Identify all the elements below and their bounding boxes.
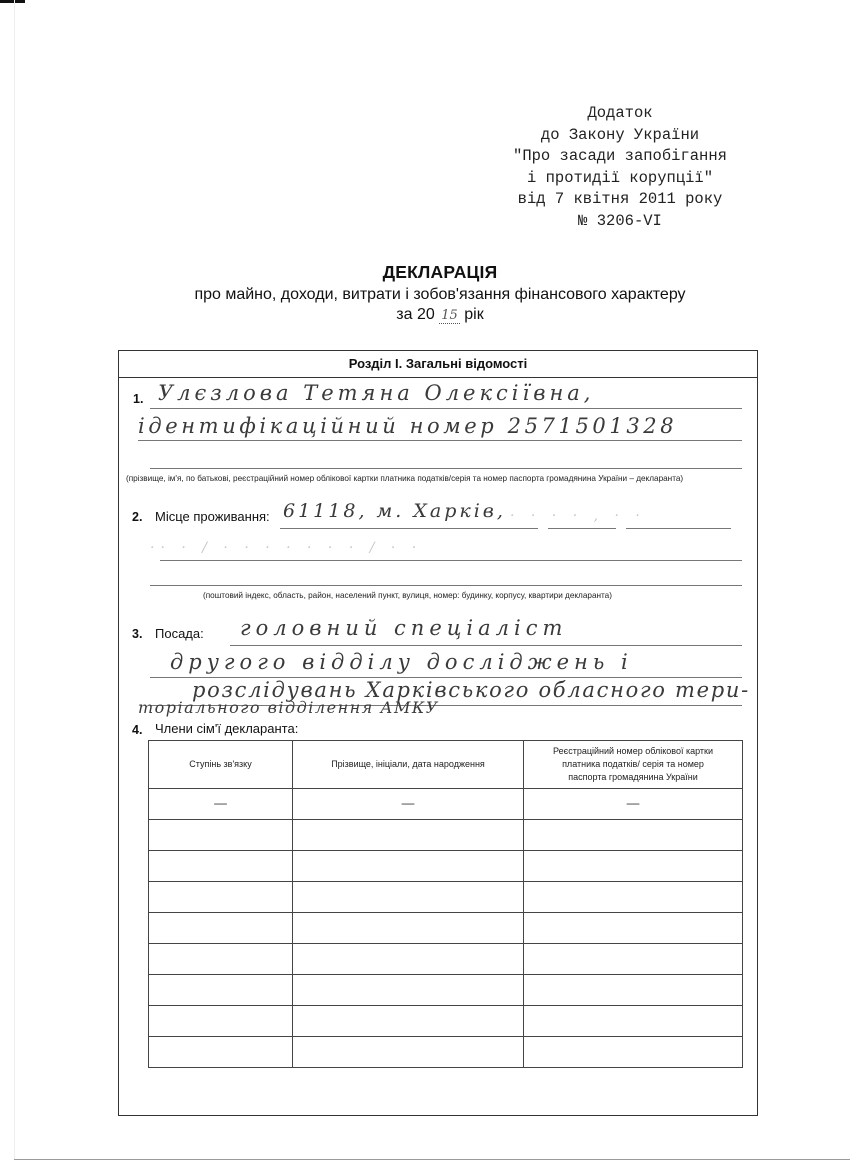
- cell-name[interactable]: [293, 944, 524, 975]
- item2-number: 2.: [132, 510, 142, 524]
- table-row: [149, 851, 743, 882]
- item2-line-3: [150, 585, 742, 586]
- cell-name[interactable]: [293, 1037, 524, 1068]
- cell-name[interactable]: [293, 820, 524, 851]
- table-row: [149, 944, 743, 975]
- item1-id-handwritten[interactable]: ідентифікаційний номер 2571501328: [138, 414, 677, 438]
- annex-line: Додаток: [440, 103, 800, 125]
- cell-registration[interactable]: [524, 944, 743, 975]
- year-prefix: за 20: [396, 306, 434, 323]
- item1-line-1: [150, 408, 742, 409]
- cell-registration[interactable]: —: [524, 789, 743, 820]
- family-members-table: Ступінь зв'язку Прізвище, ініціали, дата…: [148, 740, 743, 1068]
- year-handwritten[interactable]: 15: [439, 308, 460, 324]
- cell-relation[interactable]: [149, 975, 293, 1006]
- item2-line-1b: [548, 528, 616, 529]
- declaration-year: за 20 15 рік: [0, 306, 850, 324]
- document-title: ДЕКЛАРАЦІЯ: [0, 262, 850, 283]
- cell-registration[interactable]: [524, 851, 743, 882]
- page-edge-bottom: [14, 1159, 850, 1160]
- table-header-row: Ступінь зв'язку Прізвище, ініціали, дата…: [149, 741, 743, 789]
- item2-line-1: [280, 528, 538, 529]
- cell-relation[interactable]: [149, 1006, 293, 1037]
- annex-line: і протидії корупції": [440, 168, 800, 190]
- annex-reference: Додаток до Закону України "Про засади за…: [440, 103, 800, 232]
- table-row: [149, 975, 743, 1006]
- table-row: [149, 1037, 743, 1068]
- item2-line-1c: [626, 528, 731, 529]
- item2-label: Місце проживання:: [155, 509, 270, 524]
- cell-relation[interactable]: [149, 882, 293, 913]
- annex-line: № 3206-VI: [440, 211, 800, 233]
- cell-registration[interactable]: [524, 820, 743, 851]
- item2-caption: (поштовий індекс, область, район, населе…: [203, 591, 612, 600]
- item2-line-2: [160, 560, 742, 561]
- item1-caption: (прізвище, ім'я, по батькові, реєстрацій…: [126, 474, 683, 483]
- annex-line: до Закону України: [440, 125, 800, 147]
- item1-number: 1.: [133, 392, 143, 406]
- cell-registration[interactable]: [524, 882, 743, 913]
- annex-line: від 7 квітня 2011 року: [440, 189, 800, 211]
- cell-relation[interactable]: [149, 1037, 293, 1068]
- cell-name[interactable]: [293, 975, 524, 1006]
- cell-name[interactable]: [293, 913, 524, 944]
- cell-relation[interactable]: [149, 851, 293, 882]
- table-row: [149, 882, 743, 913]
- item2-address-handwritten[interactable]: 61118, м. Харків,: [283, 500, 506, 522]
- item4-number: 4.: [132, 723, 142, 737]
- cell-registration[interactable]: [524, 975, 743, 1006]
- item1-name-handwritten[interactable]: Улєзлова Тетяна Олексіївна,: [158, 381, 594, 405]
- scan-edge-mark: [0, 0, 25, 3]
- section-header: Розділ І. Загальні відомості: [118, 350, 758, 378]
- item2-address-redacted-2: ·· · / · · · · · · · / · ·: [150, 540, 422, 556]
- item1-line-2: [138, 440, 742, 441]
- item3-line-1: [230, 645, 742, 646]
- col-header-registration: Реєстраційний номер облікової картки пла…: [524, 741, 743, 789]
- item3-position-line1[interactable]: головний спеціаліст: [240, 616, 567, 640]
- table-row: [149, 820, 743, 851]
- annex-line: "Про засади запобігання: [440, 146, 800, 168]
- item3-position-line2[interactable]: другого відділу досліджень і: [170, 650, 633, 674]
- col-header-name: Прізвище, ініціали, дата народження: [293, 741, 524, 789]
- item4-label: Члени сім'ї декларанта:: [155, 721, 298, 736]
- page-edge-left: [14, 0, 15, 1159]
- document-subtitle: про майно, доходи, витрати і зобов'язанн…: [0, 286, 850, 304]
- table-row: ———: [149, 789, 743, 820]
- cell-name[interactable]: [293, 1006, 524, 1037]
- item3-number: 3.: [132, 627, 142, 641]
- col-header-relation: Ступінь зв'язку: [149, 741, 293, 789]
- item3-position-line4[interactable]: торіального відділення АМКУ: [138, 698, 439, 717]
- cell-name[interactable]: [293, 851, 524, 882]
- item1-line-3: [150, 468, 742, 469]
- item2-address-redacted-1: · · · · , · ·: [510, 508, 646, 524]
- cell-name[interactable]: [293, 882, 524, 913]
- cell-relation[interactable]: [149, 820, 293, 851]
- year-suffix: рік: [464, 306, 483, 323]
- item3-label: Посада:: [155, 626, 204, 641]
- cell-registration[interactable]: [524, 1037, 743, 1068]
- cell-registration[interactable]: [524, 913, 743, 944]
- table-row: [149, 1006, 743, 1037]
- cell-relation[interactable]: —: [149, 789, 293, 820]
- cell-relation[interactable]: [149, 913, 293, 944]
- cell-relation[interactable]: [149, 944, 293, 975]
- cell-name[interactable]: —: [293, 789, 524, 820]
- cell-registration[interactable]: [524, 1006, 743, 1037]
- table-row: [149, 913, 743, 944]
